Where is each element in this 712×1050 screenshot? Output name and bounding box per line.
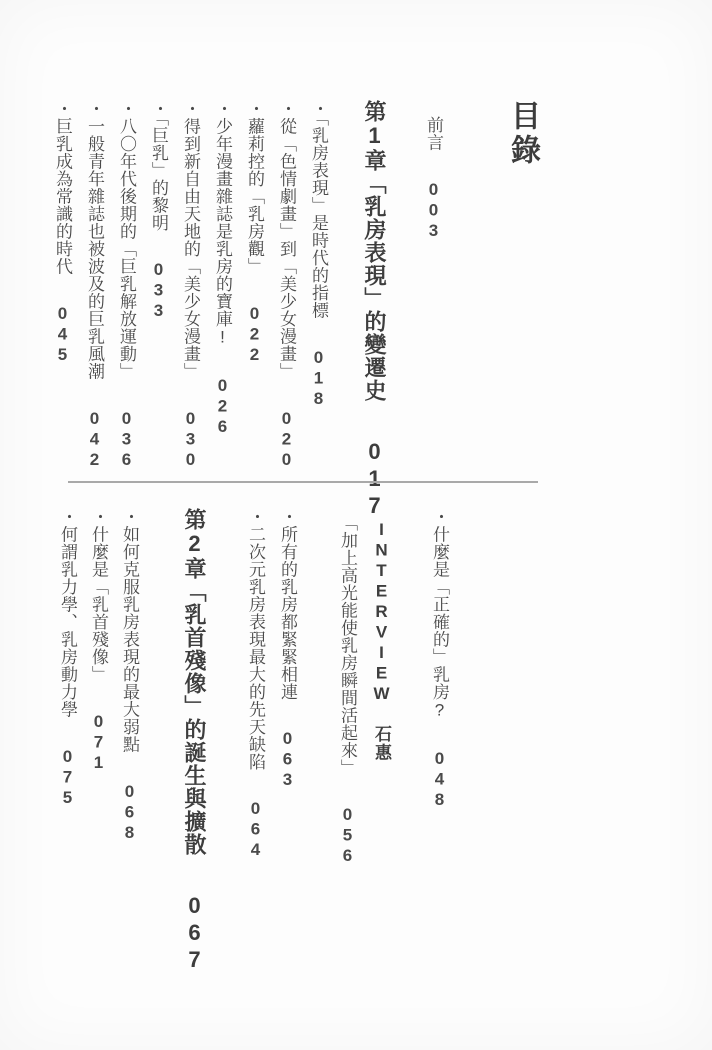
page-number: 003 — [424, 180, 443, 242]
toc-entry-text: ・什麼是「乳首殘像」 — [89, 508, 108, 683]
toc-entry: ・得到新自由天地的「美少女漫畫」 030 — [181, 100, 200, 500]
toc-item-text: 前言 — [424, 116, 443, 151]
toc-entry: ・「乳房表現」是時代的指標 018 — [309, 100, 328, 500]
toc-entry: ・「巨乳」的黎明 033 — [149, 100, 168, 500]
toc-entry: ・什麼是「乳首殘像」 071 — [89, 508, 108, 948]
page-number: 075 — [58, 747, 77, 809]
page-number: 063 — [278, 729, 297, 791]
toc-entry-text: ・什麼是「正確的」乳房? — [430, 508, 449, 720]
toc-entry: ・何謂乳力學、乳房動力學 075 — [58, 508, 77, 948]
toc-entry: ・二次元乳房表現最大的先天缺陷 064 — [246, 508, 265, 948]
page-number: 045 — [53, 304, 72, 366]
toc-entry: ・巨乳成為常識的時代 045 — [53, 100, 72, 500]
toc-entry-text: ・如何克服乳房表現的最大弱點 — [120, 508, 139, 753]
toc-chapter1-heading: 第1章「乳房表現」的變遷史 017 — [361, 100, 388, 500]
page-number: 056 — [338, 805, 357, 867]
toc-entry: ・如何克服乳房表現的最大弱點 068 — [120, 508, 139, 948]
toc-entry-text: ・所有的乳房都緊緊相連 — [278, 508, 297, 701]
page-number: 048 — [430, 749, 449, 811]
toc-entry-text: ・得到新自由天地的「美少女漫畫」 — [181, 100, 200, 380]
toc-entry-text: ・「巨乳」的黎明 — [149, 100, 168, 232]
page-number: 071 — [89, 712, 108, 774]
page-number: 030 — [181, 409, 200, 471]
toc-entry: ・一般青年雜誌也被波及的巨乳風潮 042 — [85, 100, 104, 500]
toc-page: 目錄 前言 003 第1章「乳房表現」的變遷史 017 ・「乳房表現」是時代的指… — [0, 0, 712, 1050]
page-number: 068 — [120, 782, 139, 844]
toc-entry-text: ・八〇年代後期的「巨乳解放運動」 — [117, 100, 136, 380]
toc-entry-text: ・二次元乳房表現最大的先天缺陷 — [246, 508, 265, 771]
toc-chapter-title: 第1章「乳房表現」的變遷史 — [362, 100, 387, 402]
toc-chapter-title: 第2章「乳首殘像」的誕生與擴散 — [182, 508, 207, 856]
page-number: 020 — [277, 409, 296, 471]
page-title: 目錄 — [505, 100, 539, 500]
toc-entry-text: ・巨乳成為常識的時代 — [53, 100, 72, 275]
toc-entry: ・少年漫畫雜誌是乳房的寶庫! 026 — [213, 100, 232, 500]
page-number: 067 — [182, 893, 207, 974]
page-number: 026 — [213, 376, 232, 438]
toc-section-chapter2: ・什麼是「正確的」乳房? 048 INTERVIEW 石惠 「加上高光能使乳房瞬… — [58, 508, 449, 948]
page-number: 022 — [245, 304, 264, 366]
page-number: 064 — [246, 799, 265, 861]
page-number: 018 — [309, 348, 328, 410]
toc-entry: ・什麼是「正確的」乳房? 048 — [430, 508, 449, 948]
page-number: 036 — [117, 409, 136, 471]
toc-entry: ・所有的乳房都緊緊相連 063 — [278, 508, 297, 948]
toc-item-foreword: 前言 003 — [424, 100, 443, 500]
toc-entry-text: 「加上高光能使乳房瞬間活起來」 — [338, 514, 357, 777]
page-number: 033 — [149, 260, 168, 322]
toc-entry: ・八〇年代後期的「巨乳解放運動」 036 — [117, 100, 136, 500]
section-divider — [68, 481, 538, 483]
toc-interview-quote: 「加上高光能使乳房瞬間活起來」 056 — [338, 508, 357, 948]
toc-section-chapter1: 目錄 前言 003 第1章「乳房表現」的變遷史 017 ・「乳房表現」是時代的指… — [53, 100, 539, 500]
toc-entry-text: ・「乳房表現」是時代的指標 — [309, 100, 328, 319]
toc-entry-text: ・蘿莉控的「乳房觀」 — [245, 100, 264, 275]
toc-entry-text: ・何謂乳力學、乳房動力學 — [58, 508, 77, 718]
toc-entry: ・蘿莉控的「乳房觀」 022 — [245, 100, 264, 500]
toc-entry-text: ・從「色情劇畫」到「美少女漫畫」 — [277, 100, 296, 380]
toc-interview-heading: INTERVIEW 石惠 — [370, 508, 393, 948]
toc-entry: ・從「色情劇畫」到「美少女漫畫」 020 — [277, 100, 296, 500]
toc-chapter2-heading: 第2章「乳首殘像」的誕生與擴散 067 — [181, 508, 208, 948]
page-number: 042 — [85, 409, 104, 471]
toc-entry-text: ・一般青年雜誌也被波及的巨乳風潮 — [85, 100, 104, 380]
toc-entry-text: ・少年漫畫雜誌是乳房的寶庫! — [213, 100, 232, 347]
